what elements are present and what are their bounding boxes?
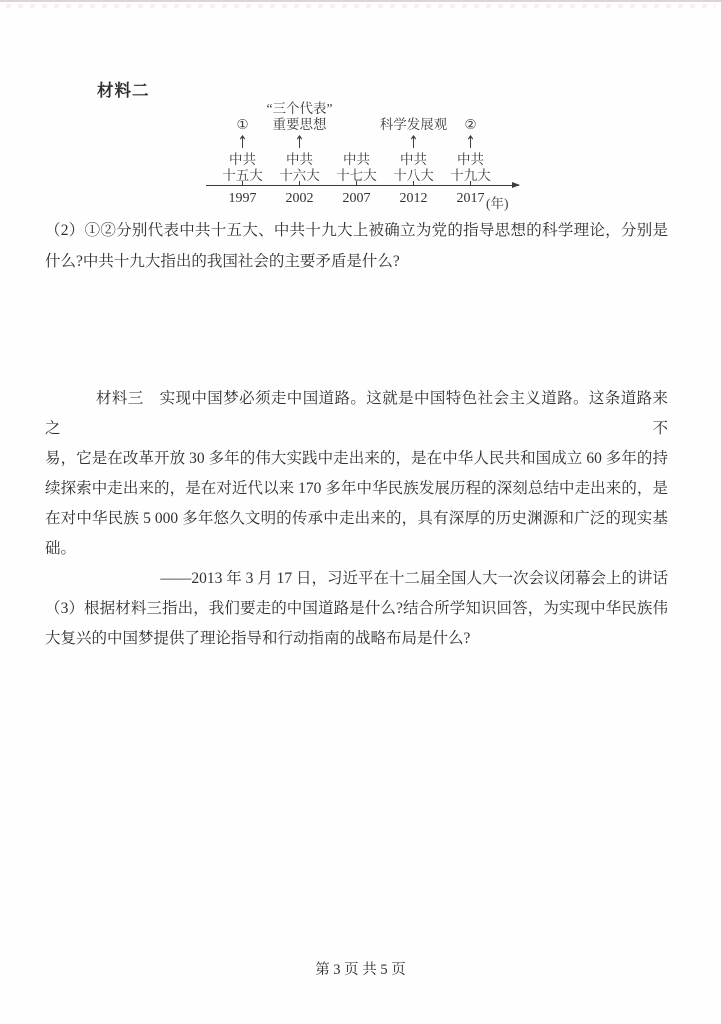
timeline-column: “三个代表” 重要思想 ↑ 中共 十六大 <box>271 99 328 185</box>
axis-tick <box>356 181 357 185</box>
material3-section: 材料三 实现中国梦必须走中国道路。这就是中国特色社会主义道路。这条道路来之不 易… <box>45 384 668 654</box>
timeline-columns: ① ↑ 中共 十五大 “三个代表” 重要思想 ↑ 中共 十六大 中共 十七大 科… <box>214 99 499 185</box>
material3-line: 础。 <box>45 534 668 564</box>
timeline-column: 中共 十七大 <box>328 99 385 185</box>
axis-tick <box>242 181 243 185</box>
timeline-column: 科学发展观 ↑ 中共 十八大 <box>385 99 442 185</box>
material3-line: 在对中华民族 5 000 多年悠久文明的传承中走出来的，具有深厚的历史渊源和广泛… <box>45 504 668 534</box>
up-arrow-icon: ↑ <box>408 128 418 157</box>
question-2-line: 什么?中共十九大指出的我国社会的主要矛盾是什么? <box>45 246 668 277</box>
timeline-years: 1997 2002 2007 2012 2017 (年) <box>214 191 499 207</box>
up-arrow-icon: ↑ <box>294 128 304 157</box>
page-top-scan-artifact <box>0 0 721 2</box>
axis-arrowhead-icon <box>512 182 520 188</box>
exam-page: 材料二 ① ↑ 中共 十五大 “三个代表” 重要思想 ↑ 中共 十六大 中共 十… <box>0 0 721 1024</box>
question-2: （2）①②分别代表中共十五大、中共十九大上被确立为党的指导思想的科学理论，分别是… <box>45 215 668 277</box>
axis-tick <box>299 181 300 185</box>
axis-unit-label: (年) <box>486 192 509 212</box>
timeline-year: 2007 <box>328 191 385 207</box>
question-3-line: （3）根据材料三指出，我们要走的中国道路是什么?结合所学知识回答，为实现中华民族… <box>45 594 668 624</box>
material3-line: 易，它是在改革开放 30 多年的伟大实践中走出来的，是在中华人民共和国成立 60… <box>45 444 668 474</box>
page-footer: 第 3 页 共 5 页 <box>0 958 721 979</box>
axis-tick <box>413 181 414 185</box>
material3-line: 续探索中走出来的，是在对近代以来 170 多年中华民族发展历程的深刻总结中走出来… <box>45 474 668 504</box>
axis-tick <box>470 181 471 185</box>
party-congress-timeline: ① ↑ 中共 十五大 “三个代表” 重要思想 ↑ 中共 十六大 中共 十七大 科… <box>214 99 499 214</box>
timeline-year: 2002 <box>271 191 328 207</box>
up-arrow-icon: ↑ <box>465 128 475 157</box>
timeline-column: ② ↑ 中共 十九大 <box>442 99 499 185</box>
material3-line: 材料三 实现中国梦必须走中国道路。这就是中国特色社会主义道路。这条道路来之不 <box>45 384 668 444</box>
page-top-scan-noise <box>6 4 715 8</box>
timeline-year: 1997 <box>214 191 271 207</box>
up-arrow-icon: ↑ <box>237 128 247 157</box>
question-2-line: （2）①②分别代表中共十五大、中共十九大上被确立为党的指导思想的科学理论，分别是 <box>45 215 668 246</box>
timeline-year: 2012 <box>385 191 442 207</box>
material3-attribution: ——2013 年 3 月 17 日，习近平在十二届全国人大一次会议闭幕会上的讲话 <box>45 564 668 594</box>
timeline-axis <box>206 185 519 186</box>
timeline-column: ① ↑ 中共 十五大 <box>214 99 271 185</box>
question-3-line: 大复兴的中国梦提供了理论指导和行动指南的战略布局是什么? <box>45 624 668 654</box>
material2-heading: 材料二 <box>97 77 150 101</box>
